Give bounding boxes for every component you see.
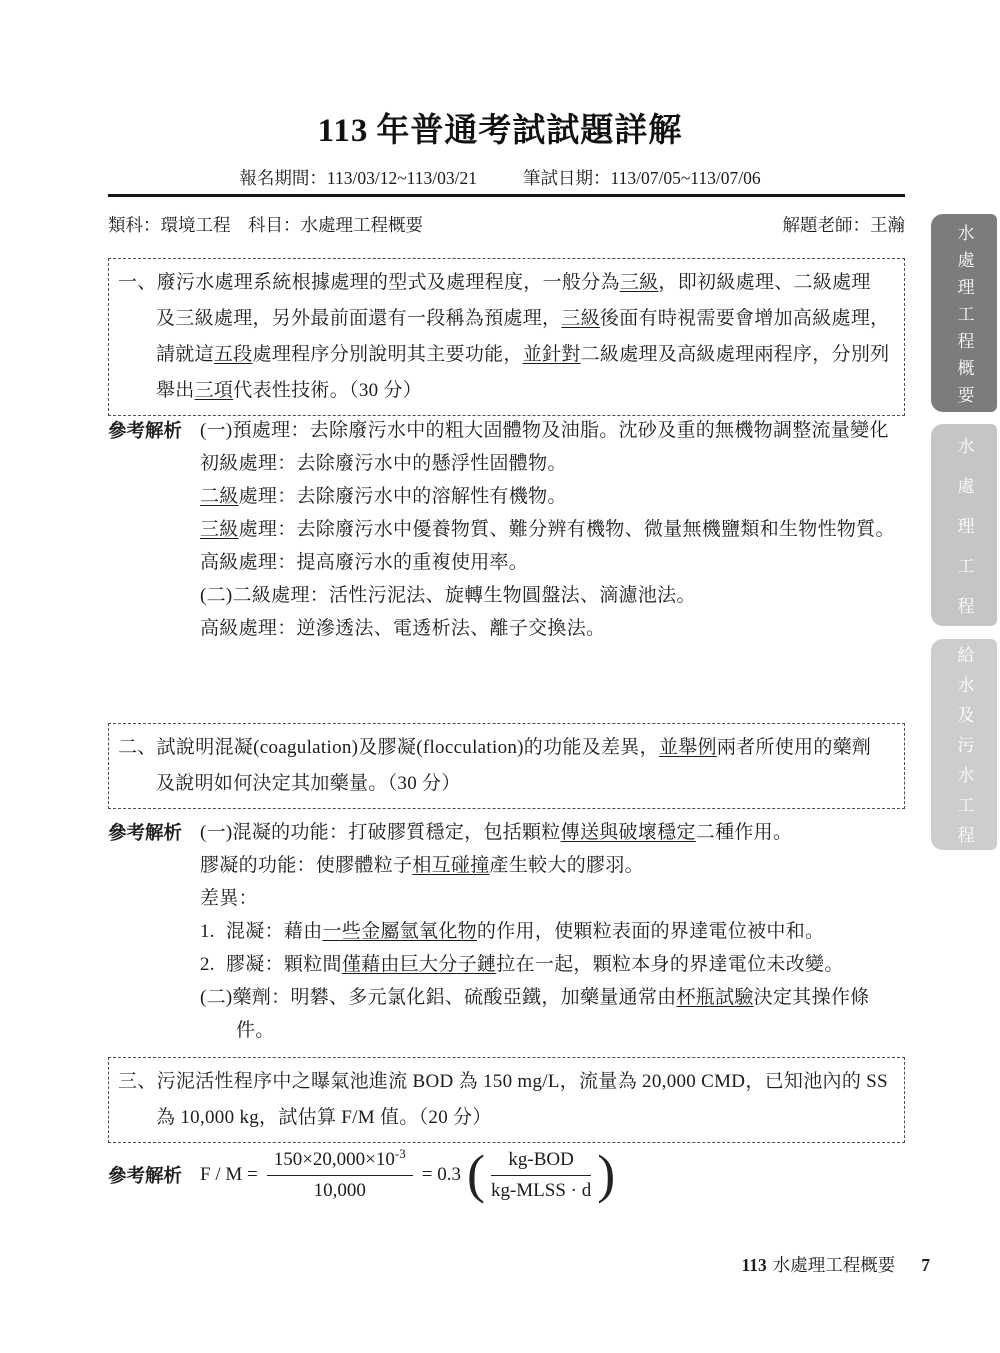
analysis-line: 差異： <box>200 882 905 915</box>
analysis-line: 二級處理：去除廢污水中的溶解性有機物。 <box>200 480 905 513</box>
analysis-numbered-line: 1.混凝：藉由一些金屬氫氧化物的作用，使顆粒表面的界達電位被中和。 <box>200 915 905 948</box>
numerator-exponent: -3 <box>395 1146 406 1161</box>
written-exam-date: 筆試日期：113/07/05~113/07/06 <box>523 165 761 190</box>
analysis-1-content: (一)預處理：去除廢污水中的粗大固體物及油脂。沈砂及重的無機物調整流量變化 初級… <box>200 414 905 645</box>
page-number: 7 <box>921 1255 930 1276</box>
analysis-2-label: 參考解析 <box>108 816 200 1047</box>
question-2-box: 二、試說明混凝(coagulation)及膠凝(flocculation)的功能… <box>108 723 905 809</box>
analysis-line: 膠凝的功能：使膠體粒子相互碰撞產生較大的膠羽。 <box>200 849 905 882</box>
analysis-1-label: 參考解析 <box>108 414 200 645</box>
question-1-marker: 一、 <box>118 272 157 293</box>
fraction-denominator: 10,000 <box>267 1176 413 1203</box>
analysis-line: 高級處理：逆滲透法、電透析法、離子交換法。 <box>200 612 905 645</box>
question-1-box: 一、廢污水處理系統根據處理的型式及處理程度，一般分為三級，即初級處理、二級處理及… <box>108 258 905 416</box>
analysis-line: (二)藥劑：明礬、多元氯化鋁、硫酸亞鐵，加藥量通常由杯瓶試驗決定其操作條件。 <box>200 981 905 1047</box>
question-3-marker: 三、 <box>118 1071 157 1092</box>
side-tab-label: 水處理工程 <box>956 437 973 637</box>
close-paren: ) <box>597 1152 615 1198</box>
question-2-text: 二、試說明混凝(coagulation)及膠凝(flocculation)的功能… <box>118 730 890 802</box>
meta-row: 類科：環境工程 科目：水處理工程概要 解題老師：王瀚 <box>108 212 905 237</box>
numerator-base: 150×20,000×10 <box>274 1149 395 1170</box>
side-tab-label: 給水及污水工程 <box>956 646 973 856</box>
list-text: 混凝：藉由一些金屬氫氧化物的作用，使顆粒表面的界達電位被中和。 <box>226 921 824 942</box>
page-title: 113年普通考試試題詳解 <box>0 104 1000 151</box>
analysis-1-section: 參考解析 (一)預處理：去除廢污水中的粗大固體物及油脂。沈砂及重的無機物調整流量… <box>108 414 905 645</box>
analysis-line: 初級處理：去除廢污水中的懸浮性固體物。 <box>200 447 905 480</box>
analysis-line: (一)混凝的功能：打破膠質穩定，包括顆粒傳送與破壞穩定二種作用。 <box>200 816 905 849</box>
question-3-body: 污泥活性程序中之曝氣池進流 BOD 為 150 mg/L，流量為 20,000 … <box>156 1071 888 1128</box>
question-2-marker: 二、 <box>118 737 157 758</box>
analysis-2-section: 參考解析 (一)混凝的功能：打破膠質穩定，包括顆粒傳送與破壞穩定二種作用。 膠凝… <box>108 816 905 1047</box>
question-3-box: 三、污泥活性程序中之曝氣池進流 BOD 為 150 mg/L，流量為 20,00… <box>108 1057 905 1143</box>
page-title-text: 年普通考試試題詳解 <box>376 111 682 148</box>
question-1-body: 廢污水處理系統根據處理的型式及處理程度，一般分為三級，即初級處理、二級處理及三級… <box>156 272 889 401</box>
formula-fraction-2: kg-BOD kg-MLSS · d <box>491 1148 591 1203</box>
analysis-line: (二)二級處理：活性污泥法、旋轉生物圓盤法、滴濾池法。 <box>200 579 905 612</box>
analysis-line: 高級處理：提高廢污水的重複使用率。 <box>200 546 905 579</box>
question-2-body: 試說明混凝(coagulation)及膠凝(flocculation)的功能及差… <box>156 737 871 794</box>
analysis-numbered-line: 2.膠凝：顆粒間僅藉由巨大分子鏈拉在一起，顆粒本身的界達電位未改變。 <box>200 948 905 981</box>
formula-fraction-1: 150×20,000×10-3 10,000 <box>267 1148 413 1203</box>
document-page: { "header": { "title_num": "113", "title… <box>0 0 1000 1353</box>
list-text: 膠凝：顆粒間僅藉由巨大分子鏈拉在一起，顆粒本身的界達電位未改變。 <box>226 954 844 975</box>
open-paren: ( <box>467 1152 485 1198</box>
teacher-name: 解題老師：王瀚 <box>783 212 906 237</box>
category-subject: 類科：環境工程 科目：水處理工程概要 <box>108 212 423 237</box>
side-tab-water-treatment-outline: 水處理工程概要 <box>931 214 997 412</box>
formula-lhs: F / M = <box>200 1163 258 1187</box>
side-tab-label: 水處理工程概要 <box>956 224 973 413</box>
side-tab-water-treatment: 水處理工程 <box>931 424 997 626</box>
fm-ratio-formula: F / M = 150×20,000×10-3 10,000 = 0.3 ( k… <box>200 1148 905 1203</box>
footer-subject: 水處理工程概要 <box>773 1252 896 1277</box>
page-title-year: 113 <box>318 113 369 149</box>
analysis-line: 三級處理：去除廢污水中優養物質、難分辨有機物、微量無機鹽類和生物性物質。 <box>200 513 905 546</box>
fraction-numerator: 150×20,000×10-3 <box>267 1148 413 1176</box>
page-footer: 113 水處理工程概要 7 <box>108 1252 930 1277</box>
list-number: 2. <box>200 948 226 981</box>
analysis-line: (一)預處理：去除廢污水中的粗大固體物及油脂。沈砂及重的無機物調整流量變化 <box>200 414 905 447</box>
side-tab-water-supply-sewerage: 給水及污水工程 <box>931 639 997 850</box>
fraction-numerator: kg-BOD <box>491 1148 591 1176</box>
question-1-text: 一、廢污水處理系統根據處理的型式及處理程度，一般分為三級，即初級處理、二級處理及… <box>118 265 890 409</box>
list-number: 1. <box>200 915 226 948</box>
question-3-text: 三、污泥活性程序中之曝氣池進流 BOD 為 150 mg/L，流量為 20,00… <box>118 1064 890 1136</box>
analysis-3-label: 參考解析 <box>108 1159 200 1192</box>
analysis-3-section: 參考解析 F / M = 150×20,000×10-3 10,000 = 0.… <box>108 1148 905 1203</box>
header-divider <box>108 194 905 197</box>
exam-dates-row: 報名期間：113/03/12~113/03/21 筆試日期：113/07/05~… <box>0 165 1000 190</box>
fraction-denominator: kg-MLSS · d <box>491 1176 591 1203</box>
formula-result: = 0.3 <box>422 1163 461 1187</box>
analysis-2-content: (一)混凝的功能：打破膠質穩定，包括顆粒傳送與破壞穩定二種作用。 膠凝的功能：使… <box>200 816 905 1047</box>
footer-year: 113 <box>741 1255 766 1276</box>
registration-period: 報名期間：113/03/12~113/03/21 <box>239 165 477 190</box>
